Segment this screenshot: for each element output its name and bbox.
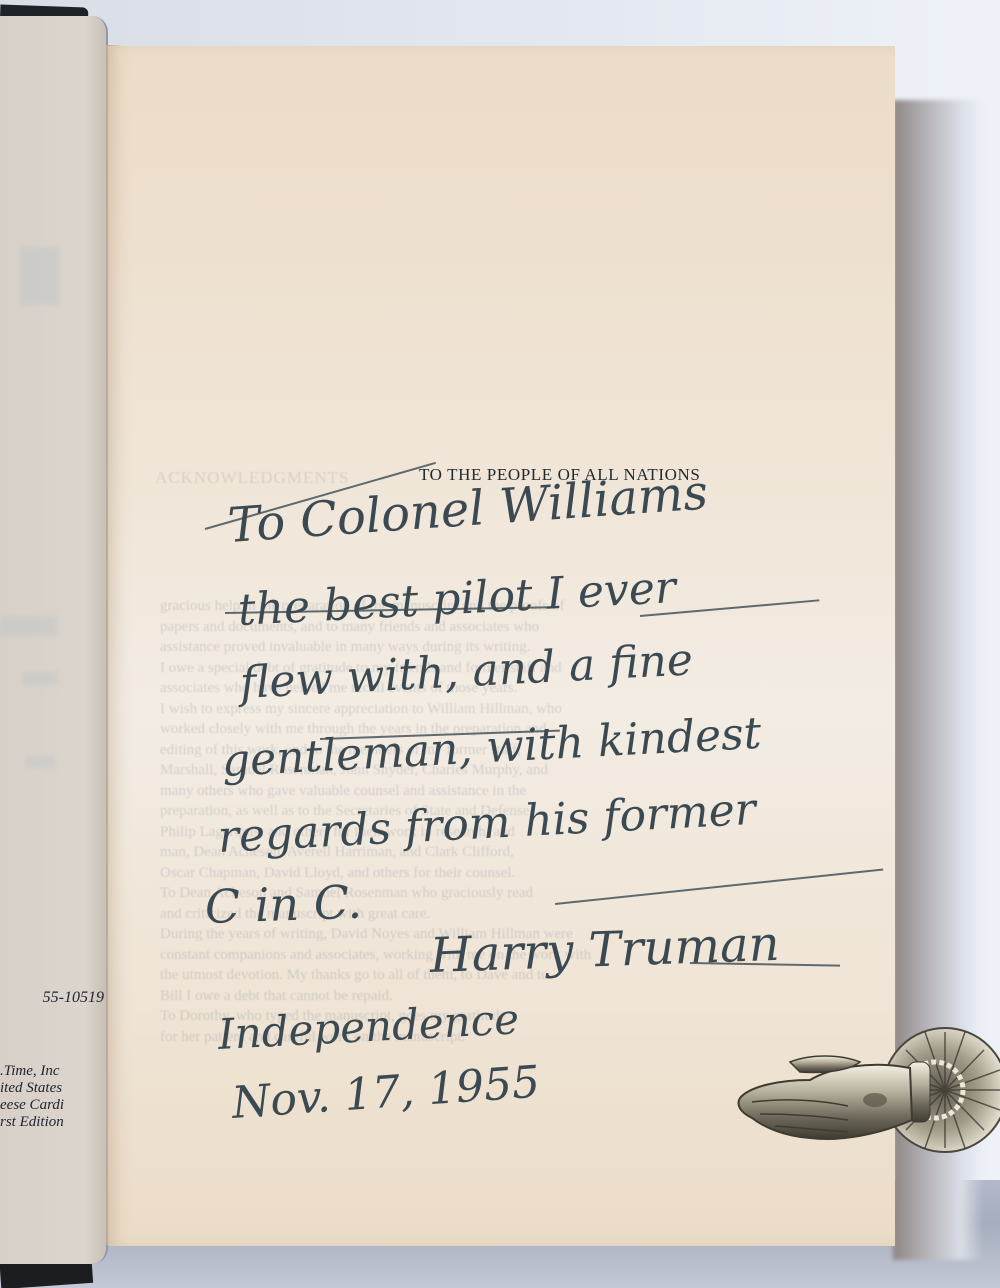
bleed-through-heading: ACKNOWLEDGMENTS xyxy=(155,468,349,488)
colophon-line: eese Cardi xyxy=(0,1097,104,1114)
colophon-line: rst Edition xyxy=(0,1114,104,1131)
lccn-number: 55-10519 xyxy=(0,989,104,1006)
printed-dedication: TO THE PEOPLE OF ALL NATIONS xyxy=(419,465,700,485)
colophon-line: Time, Inc. xyxy=(0,1063,104,1080)
bleed-through-mark xyxy=(0,616,58,636)
left-page: 55-10519 Time, Inc. ited States eese Car… xyxy=(0,16,108,1264)
hand-bookmark-clip xyxy=(730,1010,1000,1180)
bleed-through-mark xyxy=(25,756,55,768)
bleed-through-text: gracious help in the preparation of the … xyxy=(160,596,790,1047)
bleed-through-mark xyxy=(22,671,58,685)
bleed-through-mark xyxy=(20,246,60,306)
colophon-line: ited States xyxy=(0,1080,104,1097)
colophon-text: Time, Inc. ited States eese Cardi rst Ed… xyxy=(0,1063,104,1131)
